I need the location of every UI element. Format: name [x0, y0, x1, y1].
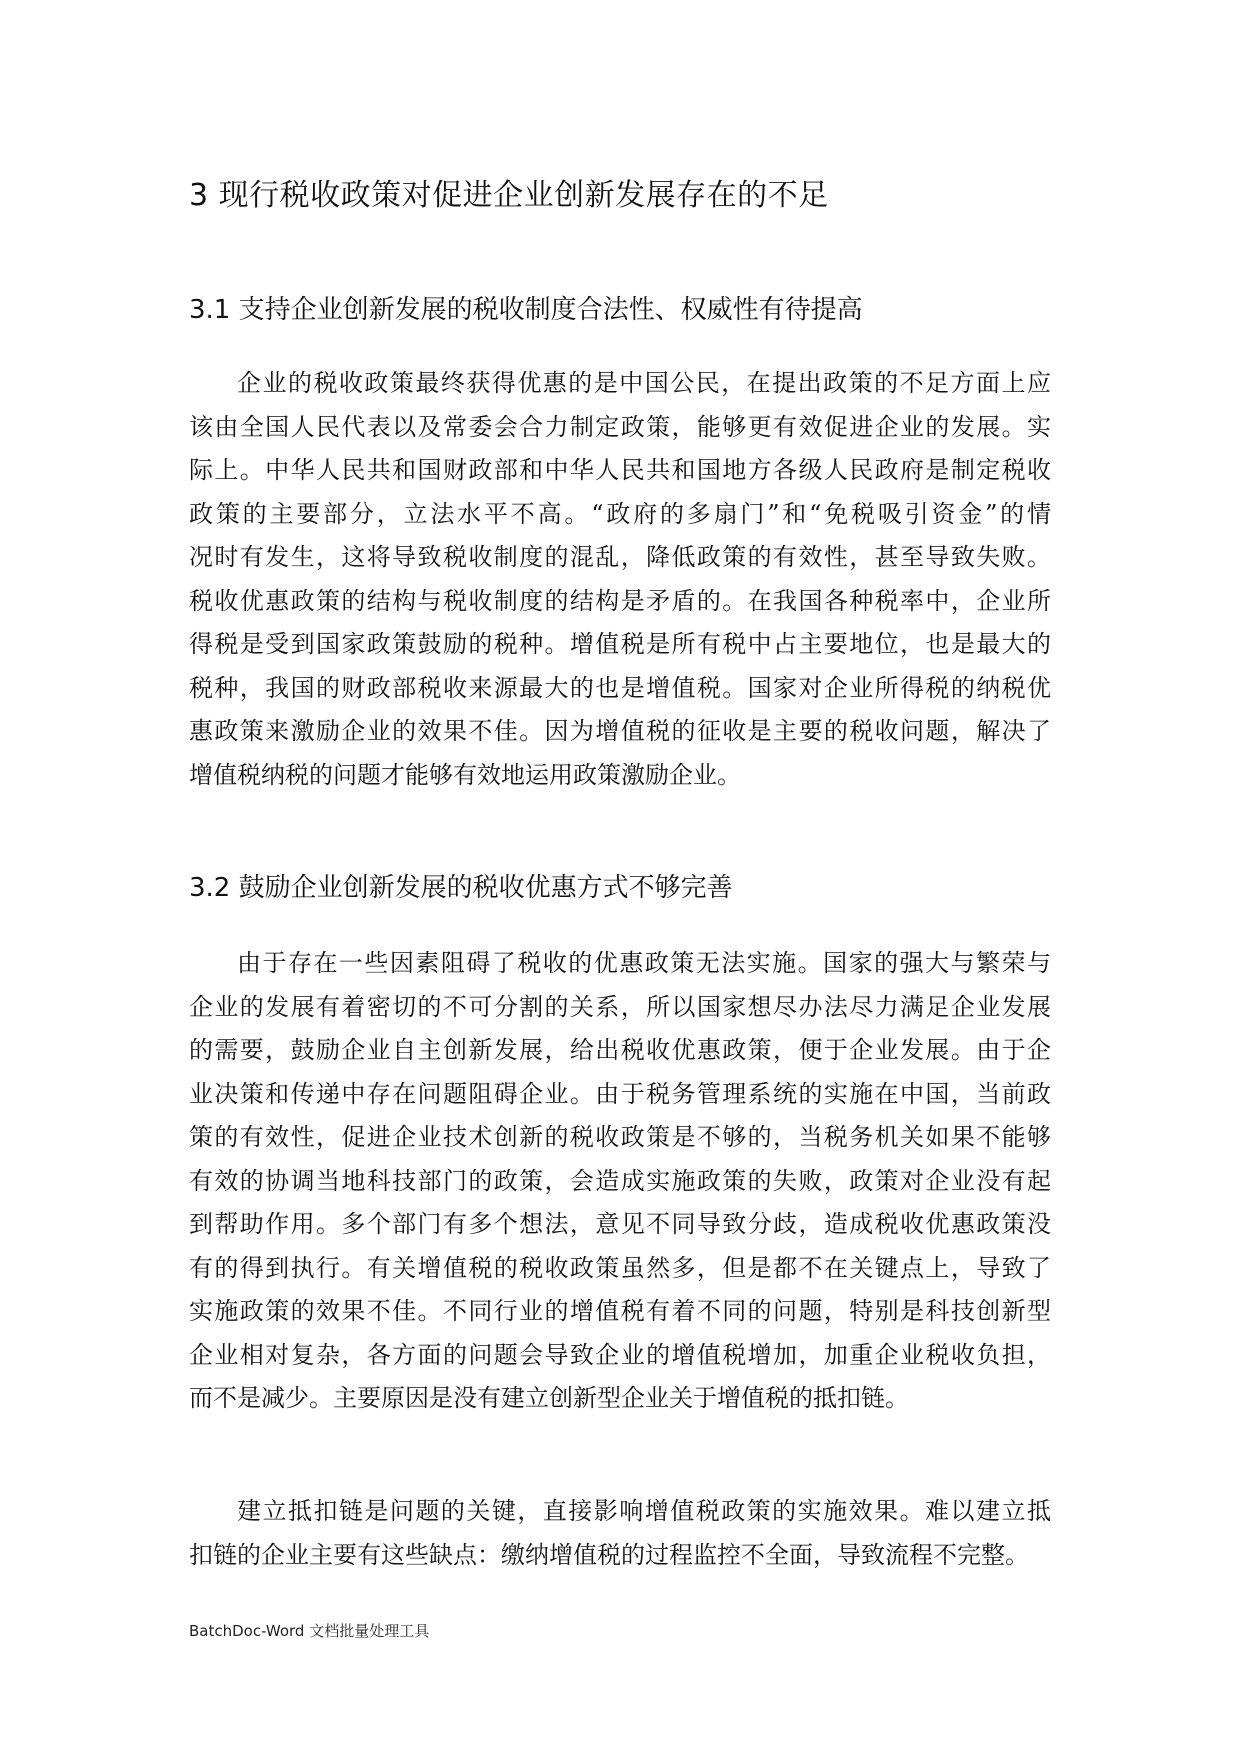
- section-3-2-paragraph-2: 建立抵扣链是问题的关键，直接影响增值税政策的实施效果。难以建立抵 扣链的企业主要…: [189, 1490, 1051, 1577]
- text-line: 企业的税收政策最终获得优惠的是中国公民，在提出政策的不足方面上应: [189, 362, 1051, 406]
- text-line: 而不是减少。主要原因是没有建立创新型企业关于增值税的抵扣链。: [189, 1377, 1051, 1421]
- text-line: 惠政策来激励企业的效果不佳。因为增值税的征收是主要的税收问题，解决了: [189, 710, 1051, 754]
- chapter-heading: 3 现行税收政策对促进企业创新发展存在的不足: [189, 176, 829, 216]
- text-line: 实施政策的效果不佳。不同行业的增值税有着不同的问题，特别是科技创新型: [189, 1290, 1051, 1334]
- text-line: 增值税纳税的问题才能够有效地运用政策激励企业。: [189, 754, 1051, 798]
- document-page: 3 现行税收政策对促进企业创新发展存在的不足 3.1 支持企业创新发展的税收制度…: [0, 0, 1240, 1754]
- text-line: 由于存在一些因素阻碍了税收的优惠政策无法实施。国家的强大与繁荣与: [189, 942, 1051, 986]
- text-line: 业决策和传递中存在问题阻碍企业。由于税务管理系统的实施在中国，当前政: [189, 1073, 1051, 1117]
- section-heading-3-2: 3.2 鼓励企业创新发展的税收优惠方式不够完善: [189, 870, 733, 906]
- text-line: 得税是受到国家政策鼓励的税种。增值税是所有税中占主要地位，也是最大的: [189, 623, 1051, 667]
- text-line: 扣链的企业主要有这些缺点：缴纳增值税的过程监控不全面，导致流程不完整。: [189, 1534, 1051, 1578]
- text-line: 有效的协调当地科技部门的政策，会造成实施政策的失败，政策对企业没有起: [189, 1160, 1051, 1204]
- text-line: 策的有效性，促进企业技术创新的税收政策是不够的，当税务机关如果不能够: [189, 1116, 1051, 1160]
- text-line: 政策的主要部分，立法水平不高。“政府的多扇门”和“免税吸引资金”的情: [189, 493, 1051, 537]
- text-line: 企业相对复杂，各方面的问题会导致企业的增值税增加，加重企业税收负担，: [189, 1334, 1051, 1378]
- text-line: 税种，我国的财政部税收来源最大的也是增值税。国家对企业所得税的纳税优: [189, 667, 1051, 711]
- section-3-1-paragraph: 企业的税收政策最终获得优惠的是中国公民，在提出政策的不足方面上应 该由全国人民代…: [189, 362, 1051, 797]
- text-line: 的需要，鼓励企业自主创新发展，给出税收优惠政策，便于企业发展。由于企: [189, 1029, 1051, 1073]
- section-heading-3-1: 3.1 支持企业创新发展的税收制度合法性、权威性有待提高: [189, 292, 863, 328]
- text-line: 该由全国人民代表以及常委会合力制定政策，能够更有效促进企业的发展。实: [189, 406, 1051, 450]
- section-3-2-paragraph-1: 由于存在一些因素阻碍了税收的优惠政策无法实施。国家的强大与繁荣与 企业的发展有着…: [189, 942, 1051, 1421]
- text-line: 建立抵扣链是问题的关键，直接影响增值税政策的实施效果。难以建立抵: [189, 1490, 1051, 1534]
- page-footer: BatchDoc-Word 文档批量处理工具: [189, 1621, 429, 1641]
- text-line: 到帮助作用。多个部门有多个想法，意见不同导致分歧，造成税收优惠政策没: [189, 1203, 1051, 1247]
- text-line: 况时有发生，这将导致税收制度的混乱，降低政策的有效性，甚至导致失败。: [189, 536, 1051, 580]
- text-line: 际上。中华人民共和国财政部和中华人民共和国地方各级人民政府是制定税收: [189, 449, 1051, 493]
- text-line: 企业的发展有着密切的不可分割的关系，所以国家想尽办法尽力满足企业发展: [189, 986, 1051, 1030]
- text-line: 有的得到执行。有关增值税的税收政策虽然多，但是都不在关键点上，导致了: [189, 1247, 1051, 1291]
- text-line: 税收优惠政策的结构与税收制度的结构是矛盾的。在我国各种税率中，企业所: [189, 580, 1051, 624]
